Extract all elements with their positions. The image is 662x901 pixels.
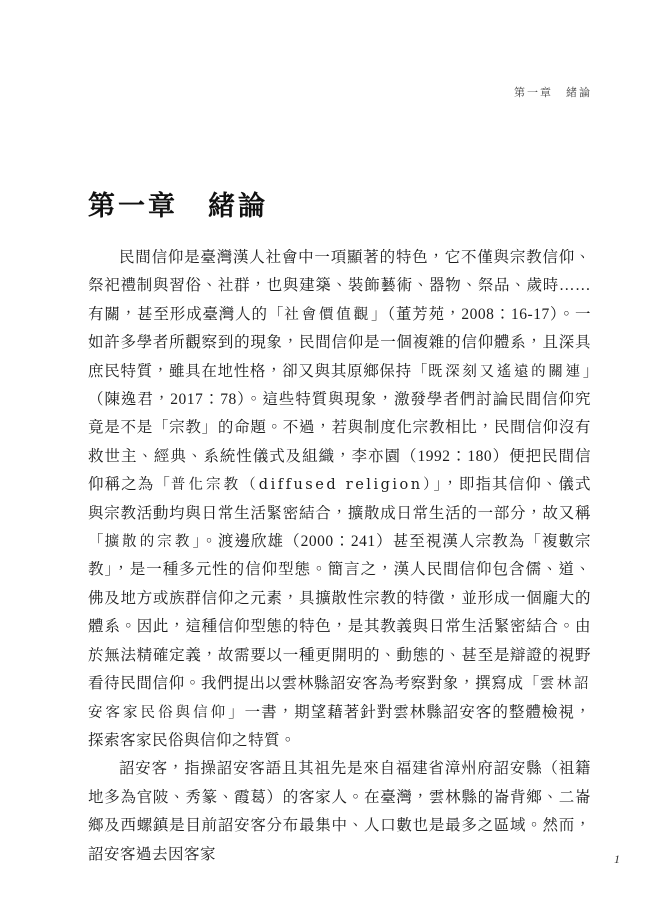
page-number: 1 [614, 852, 620, 867]
text-run: 」（陳逸君，2017：78）。這些特質與現象，激發學者們討論民間信仰究竟是不是「… [88, 363, 591, 494]
emphasized-text-run: 社會價值觀 [284, 307, 371, 323]
emphasized-text-run: 既深刻又遙遠的關連 [428, 364, 583, 380]
text-run: 詔安客，指操詔安客語且其祖先是來自福建省漳州府詔安縣（祖籍地多為官陂、秀篆、霞葛… [88, 760, 591, 862]
body-text: 民間信仰是臺灣漢人社會中一項顯著的特色，它不僅與宗教信仰、祭祀禮制與習俗、社群，… [88, 244, 591, 869]
paragraph: 民間信仰是臺灣漢人社會中一項顯著的特色，它不僅與宗教信仰、祭祀禮制與習俗、社群，… [88, 244, 591, 755]
emphasized-text-run: 擴散的宗教 [105, 534, 193, 550]
running-header: 第一章 緒論 [88, 84, 592, 100]
text-run: 」。渡邊欣雄（2000：241）甚至視漢人宗教為「複數宗教」，是一種多元性的信仰… [88, 533, 591, 692]
chapter-title: 第一章 緒論 [88, 184, 268, 223]
document-page: 第一章 緒論 第一章 緒論 民間信仰是臺灣漢人社會中一項顯著的特色，它不僅與宗教… [0, 0, 662, 901]
paragraph: 詔安客，指操詔安客語且其祖先是來自福建省漳州府詔安縣（祖籍地多為官陂、秀篆、霞葛… [88, 755, 591, 869]
emphasized-text-run: 普化宗教（diffused religion） [171, 477, 434, 493]
